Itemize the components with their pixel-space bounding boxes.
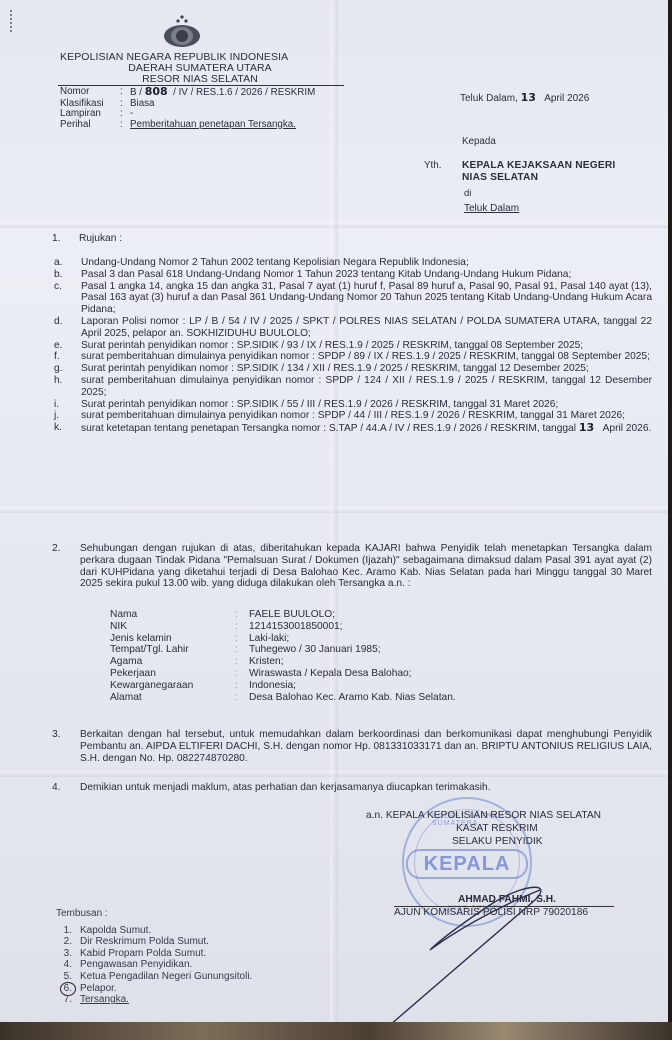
handwritten-date: 13 — [579, 421, 594, 434]
paper-fold — [330, 0, 338, 1022]
signature-line2: KASAT RESKRIM — [456, 823, 538, 835]
tembusan-item: 4.Pengawasan Penyidikan. — [56, 959, 252, 971]
section-2-text: Sehubungan dengan rujukan di atas, diber… — [80, 543, 652, 590]
section-4-text: Demikian untuk menjadi maklum, atas perh… — [80, 782, 652, 794]
reference-item: c.Pasal 1 angka 14, angka 15 dan angka 3… — [52, 281, 652, 316]
suspect-details: Nama:FAELE BUULOLO;NIK:1214153001850001;… — [110, 609, 456, 703]
handwritten-signature-icon — [360, 850, 560, 1022]
police-emblem-icon — [162, 14, 202, 48]
suspect-field: Jenis kelamin:Laki-laki; — [110, 633, 456, 645]
signature-line3: SELAKU PENYIDIK — [452, 836, 543, 848]
letterhead-rule — [58, 85, 344, 86]
signature-line1: a.n. KEPALA KEPOLISIAN RESOR NIAS SELATA… — [366, 810, 601, 822]
reference-item: j.surat pemberitahuan dimulainya penyidi… — [52, 410, 652, 422]
suspect-field: Pekerjaan:Wiraswasta / Kepala Desa Baloh… — [110, 668, 456, 680]
section-2: 2. Sehubungan dengan rujukan di atas, di… — [52, 543, 652, 590]
suspect-field: NIK:1214153001850001; — [110, 621, 456, 633]
tembusan-item: 6.Pelapor. — [56, 983, 252, 995]
tembusan: Tembusan : 1.Kapolda Sumut.2.Dir Reskrim… — [56, 908, 252, 1006]
klasifikasi-value: Biasa — [130, 99, 155, 110]
letterhead: KEPOLISIAN NEGARA REPUBLIK INDONESIA DAE… — [60, 52, 340, 85]
reference-item: e.Surat perintah penyidikan nomor : SP.S… — [52, 340, 652, 352]
reference-item: d.Laporan Polisi nomor : LP / B / 54 / I… — [52, 316, 652, 340]
staple-mark — [10, 10, 15, 32]
tembusan-item: 1.Kapolda Sumut. — [56, 925, 252, 937]
perihal-label: Perihal — [60, 120, 120, 131]
tembusan-item: 7.Tersangka. — [56, 994, 252, 1006]
letterhead-line3: RESOR NIAS SELATAN — [60, 74, 340, 85]
recipient-name: KEPALA KEJAKSAAN NEGERI NIAS SELATAN — [462, 160, 615, 183]
letter-meta: Nomor : B / 808 / IV / RES.1.6 / 2026 / … — [60, 87, 315, 130]
rujukan-title: Rujukan : — [79, 233, 122, 245]
reference-item: a.Undang-Undang Nomor 2 Tahun 2002 tenta… — [52, 257, 652, 269]
recipient-place: Teluk Dalam — [464, 203, 519, 214]
yth-label: Yth. — [424, 160, 441, 171]
reference-item: b.Pasal 3 dan Pasal 618 Undang-Undang No… — [52, 269, 652, 281]
reference-item: g.Surat perintah penyidikan nomor : SP.S… — [52, 363, 652, 375]
di-label: di — [464, 188, 471, 199]
tembusan-item: 5.Ketua Pengadilan Negeri Gunungsitoli. — [56, 971, 252, 983]
suspect-field: Alamat:Desa Balohao Kec. Aramo Kab. Nias… — [110, 692, 456, 704]
tembusan-item: 3.Kabid Propam Polda Sumut. — [56, 948, 252, 960]
suspect-field: Kewarganegaraan:Indonesia; — [110, 680, 456, 692]
nomor-handwritten: 808 — [145, 85, 168, 98]
tembusan-title: Tembusan : — [56, 908, 252, 920]
reference-item: i.Surat perintah penyidikan nomor : SP.S… — [52, 399, 652, 411]
letter-page: KEPOLISIAN NEGARA REPUBLIK INDONESIA DAE… — [0, 0, 668, 1022]
nomor-value: B / 808 / IV / RES.1.6 / 2026 / RESKRIM — [130, 87, 315, 99]
tembusan-item: 2.Dir Reskrimum Polda Sumut. — [56, 936, 252, 948]
perihal-value: Pemberitahuan penetapan Tersangka. — [130, 119, 296, 130]
suspect-field: Tempat/Tgl. Lahir:Tuhegewo / 30 Januari … — [110, 644, 456, 656]
background-surface — [0, 1022, 672, 1040]
section-3: 3. Berkaitan dengan hal tersebut, untuk … — [52, 729, 652, 764]
reference-item: h.surat pemberitahuan dimulainya penyidi… — [52, 375, 652, 399]
lampiran-label: Lampiran — [60, 109, 120, 120]
section-4: 4. Demikian untuk menjadi maklum, atas p… — [52, 782, 652, 794]
section-3-text: Berkaitan dengan hal tersebut, untuk mem… — [80, 729, 652, 764]
letter-date: Teluk Dalam, 13 April 2026 — [460, 91, 589, 104]
date-day-handwritten: 13 — [521, 91, 536, 104]
kepada-label: Kepada — [462, 136, 496, 147]
suspect-field: Nama:FAELE BUULOLO; — [110, 609, 456, 621]
suspect-field: Agama:Kristen; — [110, 656, 456, 668]
reference-item: k.surat ketetapan tentang penetapan Ters… — [52, 422, 652, 435]
nomor-label: Nomor — [60, 87, 120, 99]
reference-item: f.surat pemberitahuan dimulainya penyidi… — [52, 351, 652, 363]
reference-list: a.Undang-Undang Nomor 2 Tahun 2002 tenta… — [52, 257, 652, 435]
